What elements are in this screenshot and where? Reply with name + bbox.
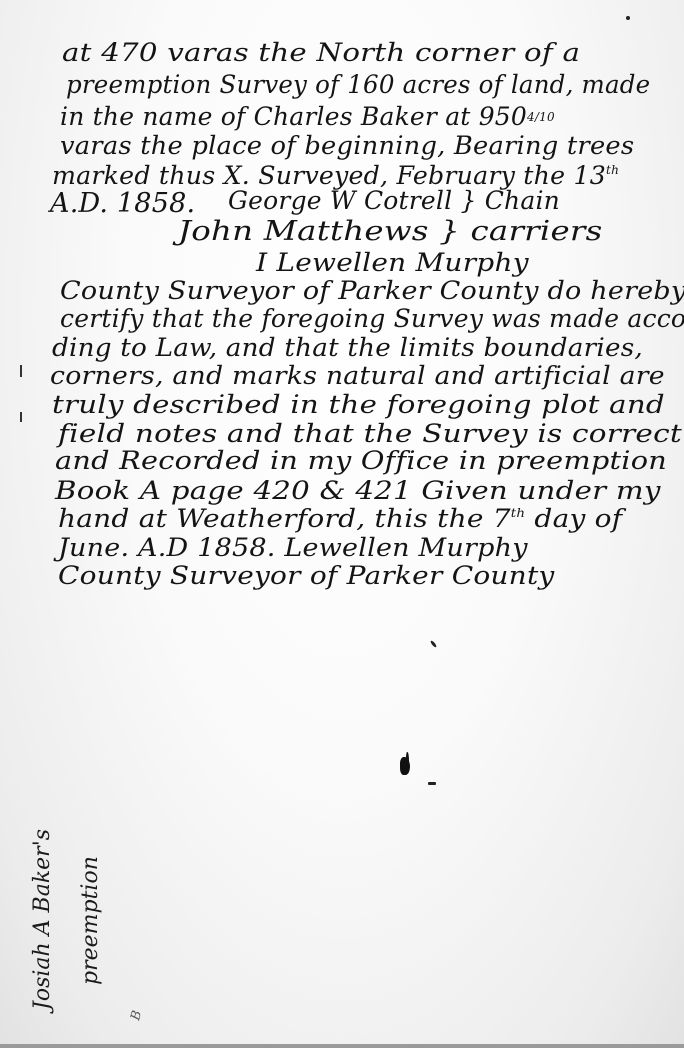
text-line-5: marked thus X. Surveyed, February the 13… (52, 163, 619, 188)
text-line-14: truly described in the foregoing plot an… (52, 392, 665, 417)
ink-speck (428, 782, 436, 785)
text-line-20: County Surveyor of Parker County (58, 563, 554, 588)
text-line-9-signer: I Lewellen Murphy (256, 250, 529, 275)
text-line-3: in the name of Charles Baker at 9504/10 (60, 104, 555, 129)
text-line-19: June. A.D 1858. Lewellen Murphy (58, 535, 528, 560)
margin-note-preemption: preemption (78, 856, 103, 985)
text-line-8-carriers: John Matthews } carriers (178, 218, 603, 245)
text-line-13: corners, and marks natural and artificia… (50, 363, 665, 388)
text-line-6: A.D. 1858. (50, 190, 195, 217)
text-line-10: County Surveyor of Parker County do here… (60, 278, 684, 303)
text-line-11: certify that the foregoing Survey was ma… (60, 306, 684, 331)
text-line-16: and Recorded in my Office in preemption (55, 448, 667, 473)
text-line-5-sup: th (606, 163, 619, 177)
text-line-12: ding to Law, and that the limits boundar… (52, 335, 643, 360)
text-line-17: Book A page 420 & 421 Given under my (55, 478, 661, 503)
fraction-4-10: 4/10 (527, 112, 555, 123)
margin-note-name: Josiah A Baker's (30, 829, 55, 1010)
text-line-18: hand at Weatherford, this the 7th day of (58, 506, 622, 531)
corner-mark: B (128, 1009, 145, 1022)
text-line-18-tail: day of (525, 504, 622, 533)
text-line-4: varas the place of beginning, Bearing tr… (60, 133, 634, 158)
scan-edge (0, 1044, 684, 1048)
margin-tick (20, 365, 22, 377)
text-line-18-main: hand at Weatherford, this the 7 (58, 504, 511, 533)
ink-speck (430, 640, 437, 648)
text-line-18-sup: th (511, 506, 526, 520)
ink-speck (626, 16, 630, 20)
text-line-1: at 470 varas the North corner of a (62, 40, 580, 65)
ink-blot (406, 752, 409, 768)
text-line-15: field notes and that the Survey is corre… (58, 421, 682, 446)
document-page: at 470 varas the North corner of a preem… (0, 0, 684, 1048)
text-line-7-chain: George W Cotrell } Chain (228, 188, 560, 213)
text-line-2: preemption Survey of 160 acres of land, … (66, 72, 650, 97)
text-line-3-main: in the name of Charles Baker at 950 (60, 102, 527, 131)
margin-tick (20, 412, 22, 422)
